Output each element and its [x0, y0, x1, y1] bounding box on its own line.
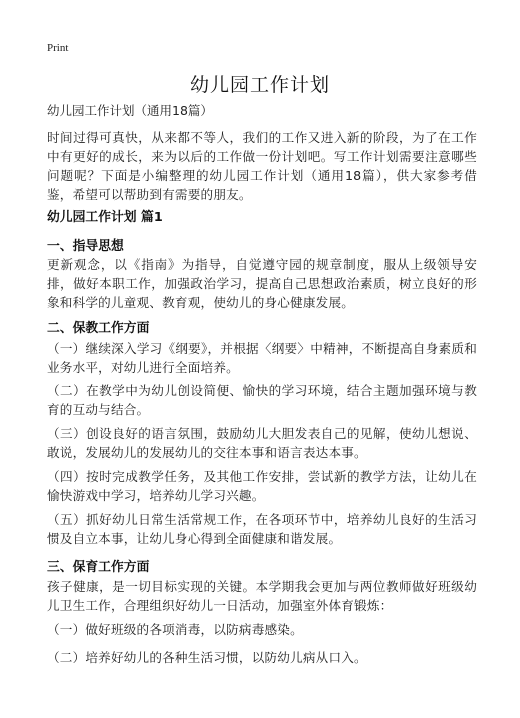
- paragraph: 更新观念，以《指南》为指导，自觉遵守园的规章制度，服从上级领导安排，做好本职工作…: [47, 255, 477, 312]
- paragraph: （三）创设良好的语言氛围，鼓励幼儿大胆发表自己的见解，使幼儿想说、敢说，发展幼儿…: [47, 424, 477, 462]
- section-title: 幼儿园工作计划 篇1: [47, 206, 163, 225]
- heading-teaching-work: 二、保教工作方面: [47, 317, 149, 336]
- intro-paragraph: 时间过得可真快，从来都不等人，我们的工作又进入新的阶段，为了在工作中有更好的成长…: [47, 128, 477, 204]
- print-link[interactable]: Print: [47, 42, 68, 54]
- page-title: 幼儿园工作计划: [0, 70, 520, 97]
- paragraph: 孩子健康，是一切目标实现的关键。本学期我会更加与两位教师做好班级幼儿卫生工作，合…: [47, 577, 477, 615]
- heading-care-work: 三、保育工作方面: [47, 556, 149, 575]
- paragraph: （二）在教学中为幼儿创设简便、愉快的学习环境，结合主题加强环境与教育的互动与结合…: [47, 381, 477, 419]
- heading-guiding-ideology: 一、指导思想: [47, 235, 124, 254]
- paragraph: （一）继续深入学习《纲要》，并根据〈纲要〉中精神，不断提高自身素质和业务水平，对…: [47, 339, 477, 377]
- paragraph: （五）抓好幼儿日常生活常规工作，在各项环节中，培养幼儿良好的生活习惯及自立本事，…: [47, 510, 477, 548]
- document-subtitle: 幼儿园工作计划（通用18篇）: [47, 101, 213, 119]
- paragraph: （四）按时完成教学任务，及其他工作安排，尝试新的教学方法，让幼儿在愉快游戏中学习…: [47, 467, 477, 505]
- paragraph: （一）做好班级的各项消毒，以防病毒感染。: [47, 620, 477, 639]
- paragraph: （二）培养好幼儿的各种生活习惯，以防幼儿病从口入。: [47, 648, 477, 667]
